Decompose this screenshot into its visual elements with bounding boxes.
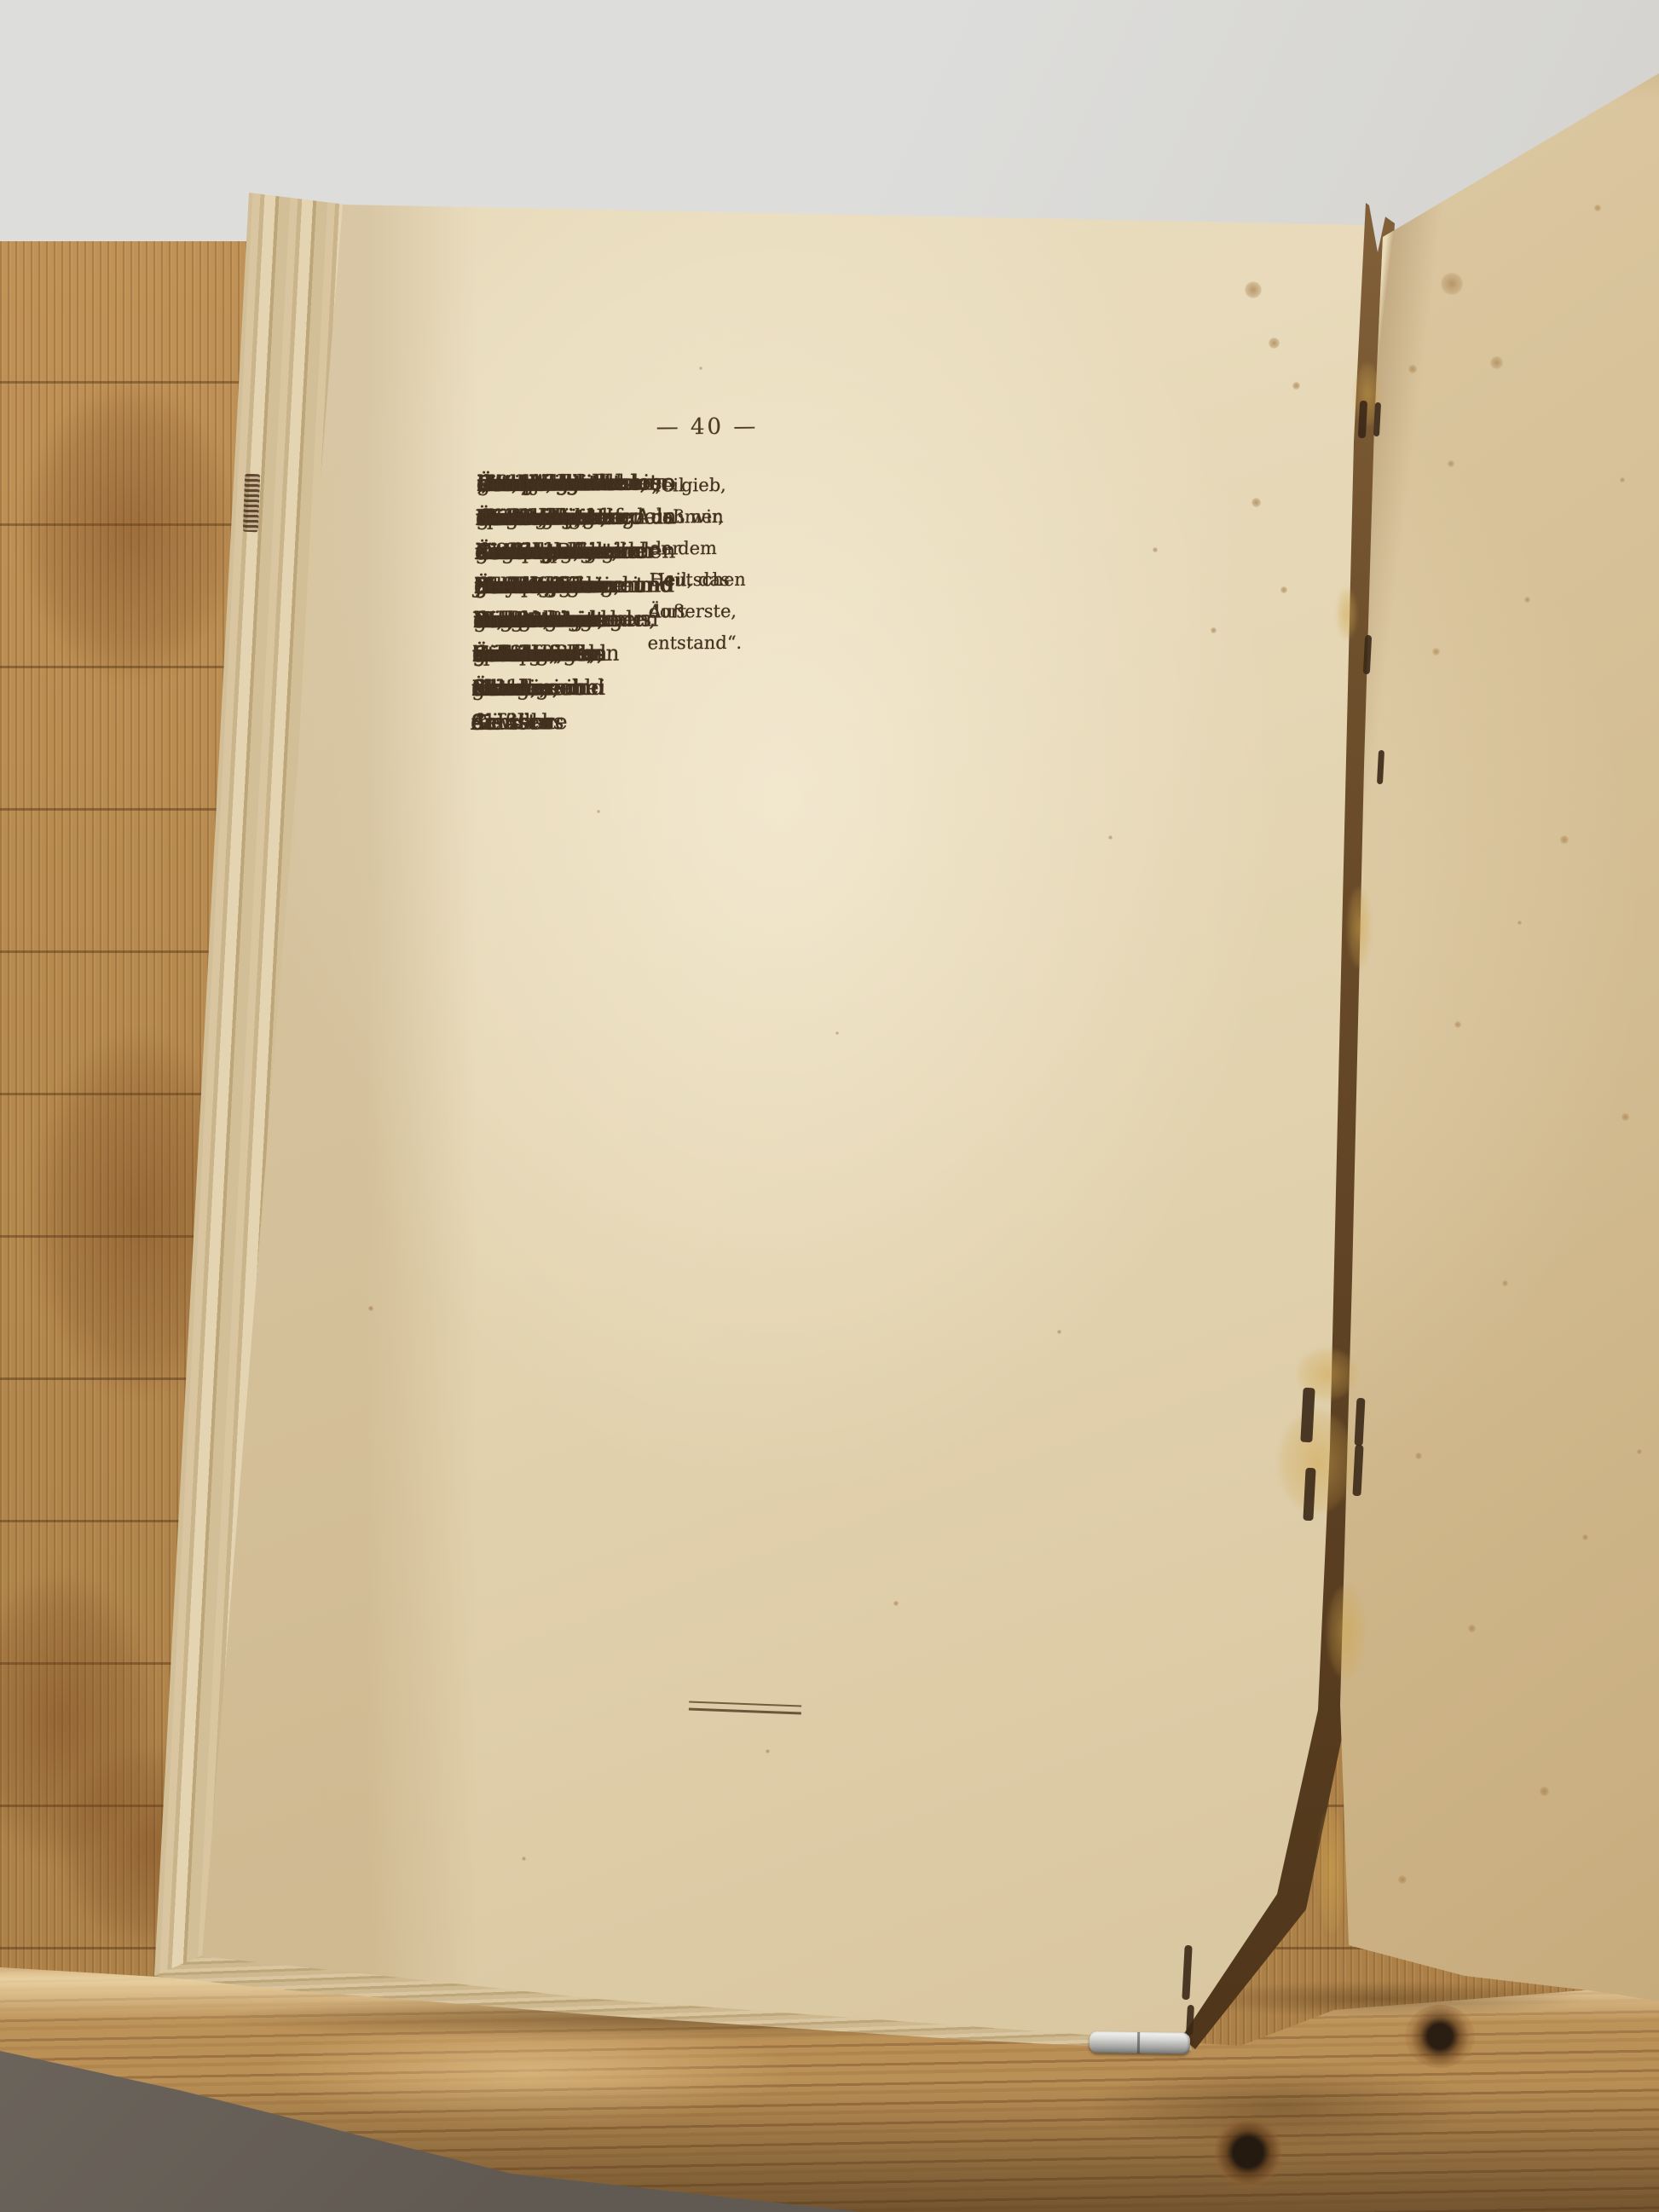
fox-spot	[1560, 835, 1569, 844]
fox-spot	[1594, 205, 1601, 211]
glue-stain	[1347, 887, 1371, 967]
fox-spot	[1620, 477, 1625, 482]
glue-stain	[1279, 1411, 1356, 1513]
fox-spot	[1280, 586, 1287, 593]
wood-stamp-mark	[243, 474, 260, 533]
fox-spot	[1398, 1875, 1407, 1884]
fox-spot	[1211, 627, 1217, 633]
fox-spot	[1432, 648, 1440, 656]
fox-spot	[699, 367, 702, 370]
fox-spot	[1524, 597, 1530, 603]
glue-stain	[1317, 1807, 1346, 1935]
text-line: deutschen Geistesbildung.	[476, 466, 643, 535]
fox-spot	[1415, 1453, 1422, 1459]
fox-spot	[1153, 547, 1158, 552]
fox-spot	[1517, 921, 1522, 925]
fox-spot	[1490, 356, 1503, 369]
page-number: — 40 —	[633, 413, 782, 440]
fox-spot	[1269, 338, 1280, 349]
wood-knot	[1405, 2005, 1475, 2068]
fox-spot	[1245, 281, 1262, 298]
fox-spot	[1468, 1625, 1476, 1632]
fox-spot	[1448, 460, 1454, 467]
fox-spot	[1637, 1449, 1642, 1454]
fox-spot	[522, 1857, 526, 1861]
fox-spot	[1621, 1113, 1629, 1121]
fox-spot	[1408, 365, 1417, 373]
fox-spot	[1441, 273, 1463, 295]
fox-spot	[1502, 1280, 1508, 1286]
fox-spot	[368, 1306, 373, 1311]
wood-knot	[1215, 2116, 1281, 2189]
fox-spot	[1540, 1787, 1549, 1796]
fox-spot	[1057, 1330, 1061, 1334]
fox-spot	[1108, 835, 1113, 840]
glue-stain	[1327, 1585, 1364, 1679]
fox-spot	[766, 1749, 770, 1753]
fox-spot	[893, 1601, 899, 1606]
book-photograph: — 40 — umspannenden, aber eben durch sei…	[0, 0, 1659, 2212]
fox-spot	[1582, 1534, 1588, 1540]
glue-stain	[1337, 588, 1357, 639]
fox-spot	[1251, 498, 1261, 507]
fox-spot	[835, 1031, 839, 1035]
metal-hinge-pin	[1090, 2031, 1190, 2054]
fox-spot	[1454, 1021, 1461, 1028]
fox-spot	[597, 810, 600, 813]
wood-grain-patch	[24, 388, 237, 678]
fox-spot	[1292, 382, 1300, 390]
